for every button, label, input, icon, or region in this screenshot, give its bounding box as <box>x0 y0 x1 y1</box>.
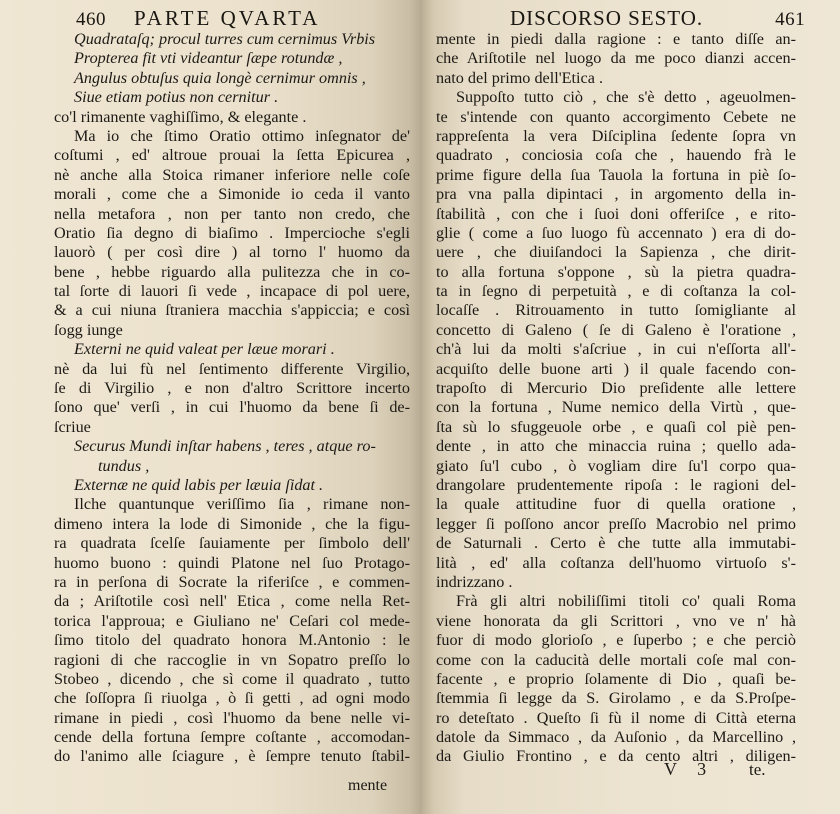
text-line: concetto di Galeno ( ſe di Galeno è l'or… <box>436 321 796 340</box>
running-title: PARTE QVARTA <box>134 6 320 31</box>
text-line: datole da Simmaco , da Auſonio , da Marc… <box>436 728 796 747</box>
text-line: ra in perſona di Socrate la riferiſce , … <box>54 573 410 592</box>
text-line: torica l'approua; e Giuliano ne' Ceſari … <box>54 612 410 631</box>
text-line: pra vna palla dipintaci , in argomento d… <box>436 185 796 204</box>
text-line: nè da lui fù nel ſentimento differente V… <box>54 360 410 379</box>
text-line: Oratio ſia degno di biaſimo . Impercioch… <box>54 224 410 243</box>
text-line: la quale attitudine fuor di quella orati… <box>436 495 796 514</box>
text-line: Ma io che ſtimo Oratio ottimo inſegnator… <box>54 127 410 146</box>
text-line: Frà gli altri nobiliſſimi titoli co' qua… <box>436 592 796 611</box>
text-line: rappreſenta la vera Diſciplina ſedente ſ… <box>436 127 796 146</box>
text-line: cende della fortuna ſempre coſtante , ac… <box>54 728 410 747</box>
text-line: viene honorata da gli Scrittori , vno ve… <box>436 612 796 631</box>
text-line: & a cui niuna ſtraniera macchia s'appicc… <box>54 301 410 320</box>
text-line: lità , ed' alla coſtanza dell'huomo virt… <box>436 554 796 573</box>
text-line: te s'intende con quanto accorgimento Ceb… <box>436 108 796 127</box>
text-line: Stobeo , dicendo , che sì come il quadra… <box>54 670 410 689</box>
text-line: con la fortuna , Nume nemico della Virtù… <box>436 398 796 417</box>
text-line: ch'à lui da molti s'aſcriue , in cui n'e… <box>436 340 796 359</box>
text-line: ſtabilità , con che i ſuoi doni offeriſc… <box>436 205 796 224</box>
right-page-header: DISCORSO SESTO. 461 <box>510 6 805 30</box>
text-line: to alla fortuna s'oppone , sù la pietra … <box>436 263 796 282</box>
verse-line: Externæ ne quid labis per læuia ſidat . <box>54 476 410 495</box>
right-page: DISCORSO SESTO. 461 mente in piedi dalla… <box>422 0 840 814</box>
verse-line: Angulus obtuſus quia longè cernimur omni… <box>54 69 410 88</box>
catchword: te. <box>749 760 766 780</box>
text-line: ra quadrata ſcelſe ſauiamente per ſimbol… <box>54 534 410 553</box>
text-line: legger ſi poſſono ancor preſſo Macrobio … <box>436 515 796 534</box>
text-line: ragioni di che raccoglie in vn Sopatro p… <box>54 651 410 670</box>
text-line: prime figure della ſua Tauola la fortuna… <box>436 166 796 185</box>
text-line: trapoſto di Mercurio Dio preſidente alle… <box>436 379 796 398</box>
text-line: rimane in piedi , così l'huomo da bene n… <box>54 709 410 728</box>
text-line: lauorò ( per così dire ) al torno l' huo… <box>54 243 410 262</box>
text-line: nella metafora , non per tanto non credo… <box>54 205 410 224</box>
text-line: bene , hebbe riguardo alla pulitezza che… <box>54 263 410 282</box>
left-page-header: 460 PARTE QVARTA <box>76 6 320 30</box>
text-line: giato ſu'l cubo , ò vogliam dire ſu'l co… <box>436 457 796 476</box>
catchword: mente <box>348 777 387 795</box>
right-page-text: mente in piedi dalla ragione : e tanto d… <box>436 30 796 767</box>
text-line: acquiſto delle buone arti ) il quale fac… <box>436 360 796 379</box>
page-number: 460 <box>76 9 106 31</box>
text-line: dimeno intera la lode di Simonide , che … <box>54 515 410 534</box>
text-line: che Ariſtotile nel luogo da me poco dian… <box>436 49 796 68</box>
text-line: do l'animo alle ſciagure , è ſempre tenu… <box>54 747 410 766</box>
left-page: 460 PARTE QVARTA Quadrataſq; procul turr… <box>0 0 422 814</box>
text-line: Suppoſto tutto ciò , che s'è detto , age… <box>436 88 796 107</box>
text-line: ſe di Virgilio , e non d'altro Scrittore… <box>54 379 410 398</box>
verse-line: Siue etiam potius non cernitur . <box>54 88 410 107</box>
text-line: de Saturnali . Certo è che tutte alla im… <box>436 534 796 553</box>
text-line: ſtemmia ſi legge da S. Girolamo , e da S… <box>436 689 796 708</box>
text-line: fuor di modo glorioſo , e ſuperbo ; e ch… <box>436 631 796 650</box>
text-line: co'l rimanente vaghiſſimo, & elegante . <box>54 108 410 127</box>
text-line: morali , come che a Simonide io ceda il … <box>54 185 410 204</box>
text-line: indrizzano . <box>436 573 796 592</box>
text-line: nato del primo dell'Etica . <box>436 69 796 88</box>
verse-line: tundus , <box>54 457 410 476</box>
signature-mark: V 3 <box>664 759 714 780</box>
text-line: drangolare prudentemente ripoſa : le rag… <box>436 476 796 495</box>
verse-line: Quadrataſq; procul turres cum cernimus V… <box>54 30 410 49</box>
text-line: Ilche quantunque veriſſimo ſia , rimane … <box>54 495 410 514</box>
verse-line: Securus Mundi inſtar habens , teres , at… <box>54 437 410 456</box>
text-line: ſono que' verſi , in cui l'huomo da bene… <box>54 398 410 417</box>
text-line: ſcriue <box>54 418 410 437</box>
text-line: nè anche alla Stoica rimaner inferiore n… <box>54 166 410 185</box>
text-line: ta in ſegno di perpetuità , e di coſtanz… <box>436 282 796 301</box>
text-line: coſtumi , ed' altroue prouai la ſetta Ep… <box>54 146 410 165</box>
verse-line: Externi ne quid valeat per læue morari . <box>54 340 410 359</box>
verse-line: Propterea fit vti videantur ſæpe rotundæ… <box>54 49 410 68</box>
text-line: che ſoſſopra ſi riuolga , ò ſi getti , a… <box>54 689 410 708</box>
left-page-text: Quadrataſq; procul turres cum cernimus V… <box>54 30 410 767</box>
text-line: come con la caducità delle mortali coſe … <box>436 651 796 670</box>
text-line: dente , in atto che minaccia ruina ; que… <box>436 437 796 456</box>
text-line: tal ſorte di lauori ſi vede , incapace d… <box>54 282 410 301</box>
text-line: ſimo titolo del quadrato honora M.Antoni… <box>54 631 410 650</box>
text-line: huomo buono : quindi Platone nel ſuo Pro… <box>54 554 410 573</box>
text-line: locaſſe . Ritrouamento in tutto ſomiglia… <box>436 301 796 320</box>
text-line: mente in piedi dalla ragione : e tanto d… <box>436 30 796 49</box>
text-line: ſogg iunge <box>54 321 410 340</box>
running-title: DISCORSO SESTO. <box>510 6 703 31</box>
text-line: facente , e proprio ſolamente di Dio , q… <box>436 670 796 689</box>
book-spread: 460 PARTE QVARTA Quadrataſq; procul turr… <box>0 0 840 814</box>
text-line: ro deteſtato . Queſto ſi fù il nome di C… <box>436 709 796 728</box>
text-line: da ; Ariſtotile così nell' Etica , come … <box>54 592 410 611</box>
text-line: quadrato , conciosia coſa che , hauendo … <box>436 146 796 165</box>
text-line: da Giulio Frontino , e da cento altri , … <box>436 747 796 766</box>
text-line: uere , che diuiſandoci la Sapienza , che… <box>436 243 796 262</box>
page-number: 461 <box>775 9 805 31</box>
text-line: ſta sù lo sfuggeuole orbe , e quaſi col … <box>436 418 796 437</box>
text-line: glie ( come a ſuo luogo fù accennato ) e… <box>436 224 796 243</box>
